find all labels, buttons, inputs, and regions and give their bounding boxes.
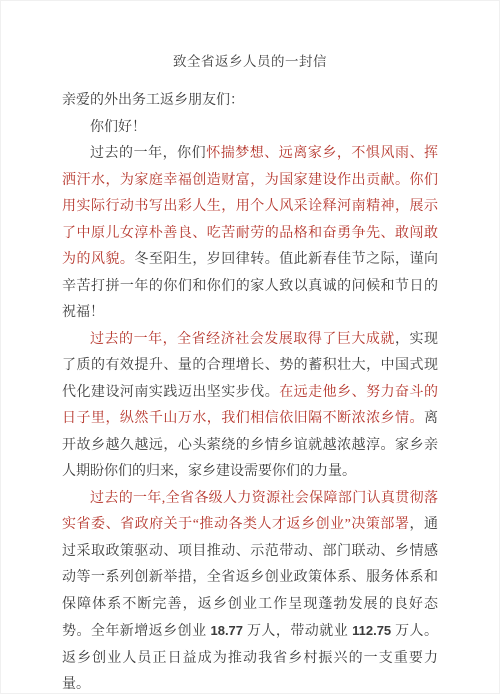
letter-title: 致全省返乡人员的一封信 [62, 52, 438, 72]
text-run: 过去的一年，你们 [90, 146, 206, 161]
paragraph: 过去的一年,全省各级人力资源社会保障部门认真贯彻落实省委、省政府关于“推动各类人… [62, 486, 438, 694]
letter-paragraphs: 过去的一年，你们怀揣梦想、远离家乡，不惧风雨、挥洒汗水，为家庭幸福创造财富，为国… [62, 141, 438, 694]
letter-content: 致全省返乡人员的一封信 亲爱的外出务工返乡朋友们： 你们好！ 过去的一年，你们怀… [0, 0, 500, 694]
text-run: 怀揣梦想、远离家乡，不惧风雨、挥洒汗水，为家庭幸福创造财富，为国家建设作出贡献。… [62, 146, 438, 267]
text-run: 18.77 [210, 623, 243, 638]
greeting: 你们好！ [62, 115, 438, 142]
text-run: 万人，带动就业 [243, 624, 352, 639]
text-run: 112.75 [352, 623, 391, 638]
paragraph: 过去的一年，全省经济社会发展取得了巨大成就，实现了质的有效提升、量的合理增长、势… [62, 327, 438, 486]
text-run: 过去的一年，全省经济社会发展取得了巨大成就 [90, 332, 395, 347]
text-run: 过去的一年,全省各级人力资源社会保障部门认真贯彻落实省委、省政府关于“推动各类人… [62, 491, 438, 533]
paragraph: 过去的一年，你们怀揣梦想、远离家乡，不惧风雨、挥洒汗水，为家庭幸福创造财富，为国… [62, 141, 438, 327]
letter-page: 致全省返乡人员的一封信 亲爱的外出务工返乡朋友们： 你们好！ 过去的一年，你们怀… [0, 0, 500, 694]
text-run: ，通过采取政策驱动、项目推动、示范带动、部门联动、乡情感动等一系列创新举措，全省… [62, 517, 438, 639]
salutation: 亲爱的外出务工返乡朋友们： [62, 88, 438, 115]
